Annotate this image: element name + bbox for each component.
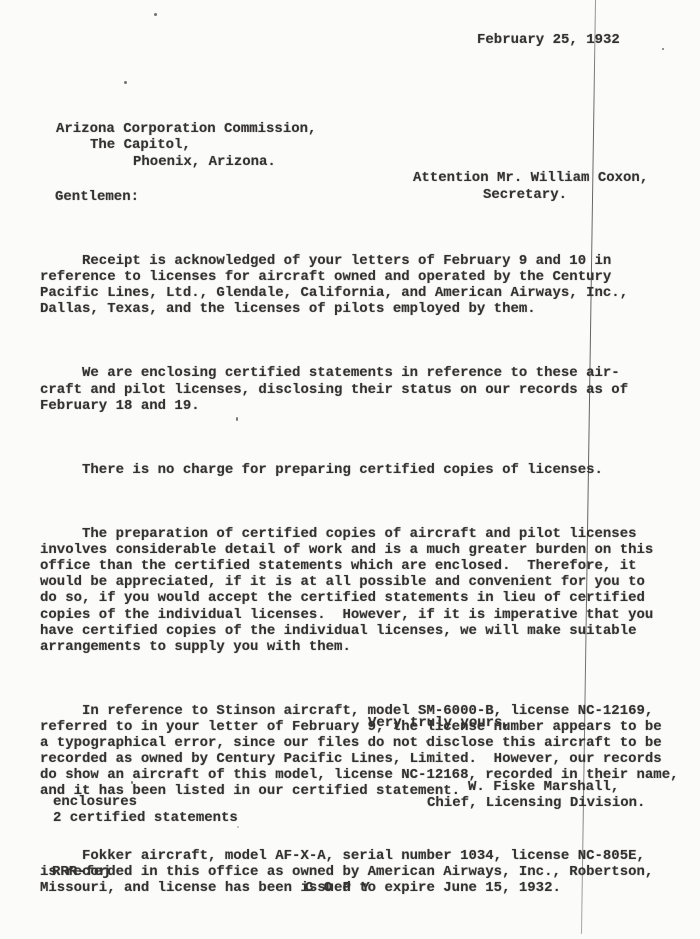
salutation: Gentlemen: [55,189,139,205]
complimentary-close: Very truly yours, [368,715,511,731]
scan-speck [124,81,127,84]
typist-initials: RRR-fej [52,864,111,880]
letter-date: February 25, 1932 [477,32,620,48]
body-paragraph-1: Receipt is acknowledged of your letters … [40,253,679,317]
body-paragraph-3: There is no charge for preparing certifi… [40,462,679,478]
scan-speck [237,826,239,828]
body-paragraph-2: We are enclosing certified statements in… [40,365,679,413]
enclosures-detail: 2 certified statements [53,810,238,826]
scan-speck [131,781,133,784]
copy-stamp: C O P Y [305,880,371,896]
body-paragraph-4: The preparation of certified copies of a… [40,526,679,655]
scan-speck [236,417,238,421]
letter-page: February 25, 1932 Arizona Corporation Co… [0,0,700,939]
enclosures-note: enclosures [53,794,137,810]
recipient-address-line-3: Phoenix, Arizona. [133,154,276,170]
signature-title: Chief, Licensing Division. [427,795,645,811]
scan-speck [154,13,157,16]
recipient-address-line-1: Arizona Corporation Commission, [56,121,316,137]
letter-body: Receipt is acknowledged of your letters … [40,221,679,939]
scan-speck [426,740,429,743]
scan-speck [662,48,664,50]
attention-title-line: Secretary. [483,187,567,203]
recipient-address-line-2: The Capitol, [90,137,191,153]
signature-name: W. Fiske Marshall, [468,779,619,795]
attention-line: Attention Mr. William Coxon, [413,170,648,186]
